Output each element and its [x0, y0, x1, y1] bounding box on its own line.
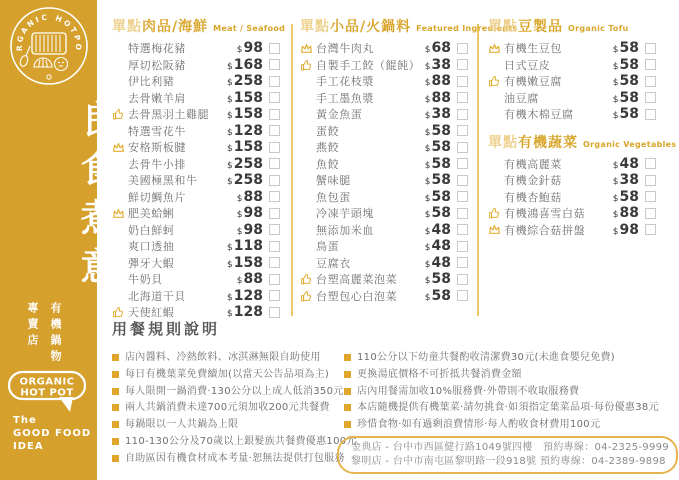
item-name: 魚包蛋	[316, 189, 351, 205]
item-name: 北海道干貝	[128, 288, 186, 304]
menu-item-row: 安格斯板腱$158	[112, 139, 280, 156]
item-price: $58	[425, 189, 451, 205]
menu-item-row: 無添加米血$48	[300, 222, 468, 239]
svg-text:ORGANIC HOTPOT: ORGANIC HOTPOT	[7, 4, 83, 53]
menu-item-row: 厚切松阪豬$168	[112, 57, 280, 74]
currency-symbol: $	[237, 276, 243, 286]
rule-text: 110公分以下幼童共餐酌收清潔費30元(未進食嬰兒免費)	[357, 351, 615, 364]
section-subtitle-en: Meat / Seafood	[213, 24, 285, 33]
price-value: 48	[432, 255, 451, 271]
item-name: 黃金魚蛋	[316, 106, 362, 122]
item-name: 日式豆皮	[504, 57, 550, 73]
item-price: $88	[237, 271, 263, 287]
rule-item: 店內用餐需加收10%服務費·外帶則不收取服務費	[344, 385, 674, 398]
price-value: 88	[432, 73, 451, 89]
item-checkbox[interactable]	[269, 241, 280, 252]
item-price: $88	[425, 73, 451, 89]
rules-list-left: 店內醬料、冷熱飲料、冰淇淋無限自助使用每日有機葉菜免費續加(以當天公告品項為主)…	[112, 351, 344, 469]
menu-item-row: 鮮切鯛魚片$88	[112, 189, 280, 206]
crown-icon	[488, 224, 504, 235]
bullet-square-icon	[112, 388, 119, 395]
item-name: 奶白鮮蚵	[128, 222, 174, 238]
item-checkbox[interactable]	[645, 59, 656, 70]
section-header: 單點豆製品Organic Tofu	[488, 16, 656, 35]
menu-item-row: 有機生豆包$58	[488, 40, 656, 57]
currency-symbol: $	[227, 161, 233, 171]
rule-item: 店內醬料、冷熱飲料、冰淇淋無限自助使用	[112, 351, 344, 364]
menu-item-row: 去骨牛小排$258	[112, 156, 280, 173]
currency-symbol: $	[237, 210, 243, 220]
currency-symbol: $	[425, 210, 431, 220]
price-value: 68	[432, 40, 451, 56]
price-value: 58	[620, 40, 639, 56]
menu-item-row: 黃金魚蛋$38	[300, 106, 468, 123]
bullet-square-icon	[112, 371, 119, 378]
currency-symbol: $	[425, 276, 431, 286]
item-price: $158	[227, 90, 263, 106]
rule-text: 店內用餐需加收10%服務費·外帶則不收取服務費	[357, 385, 579, 398]
rule-text: 自助區因有機食材成本考量·恕無法提供打包服務	[125, 452, 345, 465]
item-price: $58	[425, 205, 451, 221]
badge-line1: ORGANIC	[19, 377, 74, 388]
item-name: 台灣牛肉丸	[316, 40, 374, 56]
menu-item-row: 有機嫩豆腐$58	[488, 73, 656, 90]
price-value: 38	[620, 172, 639, 188]
rule-item: 每鍋限以一人共鍋為上限	[112, 418, 344, 431]
item-price: $158	[227, 255, 263, 271]
rule-text: 本店隨機提供有機葉菜·請勿挑食·如須指定葉菜品項·每份優惠38元	[357, 401, 659, 414]
item-price: $58	[613, 189, 639, 205]
menu-item-row: 特選雪花牛$128	[112, 123, 280, 140]
item-price: $58	[613, 57, 639, 73]
bullet-square-icon	[344, 388, 351, 395]
rule-text: 更換湯底價格不可折抵共餐消費金額	[357, 368, 522, 381]
menu-column-hotpot-ingredients: 單點小品/火鍋料Featured Ingredients台灣牛肉丸$68自製手工…	[300, 16, 468, 304]
rule-text: 110-130公分及70歲以上銀髮族共餐費優惠100元	[125, 435, 357, 448]
crown-icon	[112, 142, 128, 153]
item-checkbox[interactable]	[457, 109, 468, 120]
menu-item-row: 台塑高麗菜泡菜$58	[300, 271, 468, 288]
currency-symbol: $	[227, 144, 233, 154]
rule-item: 110-130公分及70歲以上銀髮族共餐費優惠100元	[112, 435, 344, 448]
thumbs-up-icon	[300, 290, 316, 302]
currency-symbol: $	[425, 260, 431, 270]
rule-item: 本店隨機提供有機葉菜·請勿挑食·如須指定葉菜品項·每份優惠38元	[344, 401, 674, 414]
item-price: $48	[425, 238, 451, 254]
menu-item-row: 蟹味腿$58	[300, 172, 468, 189]
menu-item-row: 美國極黑和牛$258	[112, 172, 280, 189]
currency-symbol: $	[613, 111, 619, 121]
item-price: $48	[613, 156, 639, 172]
item-checkbox[interactable]	[457, 241, 468, 252]
item-checkbox[interactable]	[269, 125, 280, 136]
column-divider	[477, 24, 479, 316]
section-header: 單點小品/火鍋料Featured Ingredients	[300, 16, 468, 35]
rule-text: 每鍋限以一人共鍋為上限	[125, 418, 238, 431]
item-checkbox[interactable]	[269, 257, 280, 268]
currency-symbol: $	[613, 62, 619, 72]
item-price: $118	[227, 238, 263, 254]
item-price: $258	[227, 156, 263, 172]
section-prefix: 單點	[488, 132, 518, 152]
currency-symbol: $	[237, 227, 243, 237]
item-price: $58	[425, 172, 451, 188]
menu-item-row: 肥美蛤蜊$98	[112, 205, 280, 222]
menu-page: ORGANIC HOTPOT 良食煮意 有機鍋物 專賣店 OR	[0, 0, 679, 480]
menu-column-meat-seafood: 單點肉品/海鮮Meat / Seafood特選梅花豬$98厚切松阪豬$168伊比…	[112, 16, 280, 321]
price-value: 98	[244, 205, 263, 221]
item-name: 有機綜合菇拼盤	[504, 222, 585, 238]
menu-item-row: 去骨嫩羊肩$158	[112, 90, 280, 107]
bullet-square-icon	[112, 421, 119, 428]
price-value: 58	[432, 189, 451, 205]
bullet-square-icon	[344, 354, 351, 361]
currency-symbol: $	[613, 78, 619, 88]
rule-item: 更換湯底價格不可折抵共餐消費金額	[344, 368, 674, 381]
item-price: $168	[227, 57, 263, 73]
currency-symbol: $	[613, 227, 619, 237]
item-checkbox[interactable]	[269, 175, 280, 186]
price-value: 168	[234, 57, 263, 73]
item-name: 肥美蛤蜊	[128, 205, 174, 221]
item-name: 特選梅花豬	[128, 40, 186, 56]
rule-item: 兩人共鍋消費未達700元須加收200元共餐費	[112, 401, 344, 414]
item-name: 去骨牛小排	[128, 156, 186, 172]
menu-item-row: 魚餃$58	[300, 156, 468, 173]
item-checkbox[interactable]	[457, 224, 468, 235]
rule-text: 店內醬料、冷熱飲料、冰淇淋無限自助使用	[125, 351, 321, 364]
brand-vertical-title: 良食煮意	[26, 90, 123, 305]
rules-heading: 用餐規則說明	[112, 318, 674, 339]
item-name: 燕餃	[316, 139, 339, 155]
menu-item-row: 有機木棉豆腐$58	[488, 106, 656, 123]
badge-line2: HOT POT	[20, 388, 73, 399]
item-name: 台塑包心白泡菜	[316, 288, 397, 304]
item-checkbox[interactable]	[645, 191, 656, 202]
currency-symbol: $	[425, 243, 431, 253]
price-value: 128	[234, 123, 263, 139]
price-value: 58	[432, 123, 451, 139]
currency-symbol: $	[227, 177, 233, 187]
menu-item-row: 有機鴻喜雪白菇$88	[488, 205, 656, 222]
item-checkbox[interactable]	[645, 175, 656, 186]
currency-symbol: $	[613, 177, 619, 187]
item-checkbox[interactable]	[457, 92, 468, 103]
currency-symbol: $	[425, 78, 431, 88]
item-name: 有機木棉豆腐	[504, 106, 574, 122]
currency-symbol: $	[227, 95, 233, 105]
price-value: 158	[234, 255, 263, 271]
item-price: $68	[425, 40, 451, 56]
item-name: 魚餃	[316, 156, 339, 172]
menu-item-row: 台灣牛肉丸$68	[300, 40, 468, 57]
item-name: 去骨嫩羊肩	[128, 90, 186, 106]
currency-symbol: $	[425, 144, 431, 154]
menu-item-row: 彈牙大蝦$158	[112, 255, 280, 272]
item-price: $88	[237, 189, 263, 205]
bullet-square-icon	[112, 438, 119, 445]
item-name: 特選雪花牛	[128, 123, 186, 139]
crown-icon	[112, 208, 128, 219]
item-name: 鮮切鯛魚片	[128, 189, 186, 205]
item-checkbox[interactable]	[269, 191, 280, 202]
item-price: $58	[425, 288, 451, 304]
section-header: 單點有機蔬菜Organic Vegetables	[488, 132, 656, 151]
menu-item-row: 冷凍芋頭塊$58	[300, 205, 468, 222]
tagline-line1: The	[13, 414, 91, 427]
item-checkbox[interactable]	[457, 59, 468, 70]
item-checkbox[interactable]	[645, 208, 656, 219]
item-checkbox[interactable]	[457, 257, 468, 268]
item-checkbox[interactable]	[457, 191, 468, 202]
item-checkbox[interactable]	[457, 158, 468, 169]
store-info-box: 金典店 - 台中市西區健行路1049號四樓 預約專線：04-2325-9999黎…	[337, 436, 678, 474]
item-name: 有機杏鮑菇	[504, 189, 562, 205]
currency-symbol: $	[425, 227, 431, 237]
item-checkbox[interactable]	[645, 109, 656, 120]
hotpot-emblem-icon: ORGANIC HOTPOT	[7, 4, 91, 88]
section-prefix: 單點	[300, 16, 330, 36]
item-checkbox[interactable]	[645, 158, 656, 169]
section-title: 小品/火鍋料	[330, 16, 411, 36]
price-value: 258	[234, 156, 263, 172]
price-value: 58	[432, 172, 451, 188]
item-checkbox[interactable]	[269, 43, 280, 54]
item-checkbox[interactable]	[269, 142, 280, 153]
menu-item-row: 鳥蛋$48	[300, 238, 468, 255]
item-name: 台塑高麗菜泡菜	[316, 271, 397, 287]
currency-symbol: $	[237, 45, 243, 55]
currency-symbol: $	[227, 243, 233, 253]
currency-symbol: $	[425, 95, 431, 105]
item-price: $98	[613, 222, 639, 238]
item-checkbox[interactable]	[269, 76, 280, 87]
rule-item: 珍惜食物·如有過剩浪費情形·每人酌收食材費用100元	[344, 418, 674, 431]
item-price: $58	[425, 139, 451, 155]
item-price: $88	[613, 205, 639, 221]
item-price: $98	[237, 222, 263, 238]
item-price: $58	[613, 40, 639, 56]
item-checkbox[interactable]	[269, 109, 280, 120]
crown-icon	[488, 43, 504, 54]
item-name: 自製手工餃（餛飩）	[316, 57, 420, 73]
item-price: $48	[425, 222, 451, 238]
item-name: 有機嫩豆腐	[504, 73, 562, 89]
price-value: 58	[432, 288, 451, 304]
menu-item-row: 有機金針菇$38	[488, 172, 656, 189]
item-name: 厚切松阪豬	[128, 57, 186, 73]
item-price: $38	[425, 57, 451, 73]
item-checkbox[interactable]	[457, 290, 468, 301]
menu-item-row: 有機杏鮑菇$58	[488, 189, 656, 206]
brand-tagline: The GOOD FOOD IDEA	[13, 414, 91, 453]
currency-symbol: $	[227, 78, 233, 88]
brand-vertical-subtitle: 有機鍋物 專賣店	[24, 302, 63, 374]
item-checkbox[interactable]	[269, 307, 280, 318]
item-name: 牛奶貝	[128, 271, 163, 287]
item-price: $158	[227, 106, 263, 122]
rule-item: 110公分以下幼童共餐酌收清潔費30元(未進食嬰兒免費)	[344, 351, 674, 364]
section-title: 肉品/海鮮	[142, 16, 208, 36]
price-value: 58	[432, 139, 451, 155]
menu-item-row: 手工花枝漿$88	[300, 73, 468, 90]
menu-item-row: 魚包蛋$58	[300, 189, 468, 206]
menu-item-row: 奶白鮮蚵$98	[112, 222, 280, 239]
bullet-square-icon	[112, 404, 119, 411]
item-name: 安格斯板腱	[128, 139, 186, 155]
rule-item: 每人限開一鍋消費·130公分以上成人低消350元	[112, 385, 344, 398]
price-value: 118	[234, 238, 263, 254]
price-value: 128	[234, 288, 263, 304]
currency-symbol: $	[613, 161, 619, 171]
item-name: 有機高麗菜	[504, 156, 562, 172]
item-checkbox[interactable]	[457, 142, 468, 153]
currency-symbol: $	[227, 62, 233, 72]
currency-symbol: $	[425, 62, 431, 72]
price-value: 88	[620, 205, 639, 221]
item-name: 豆腐衣	[316, 255, 351, 271]
tagline-line3: IDEA	[13, 440, 91, 453]
item-price: $38	[613, 172, 639, 188]
item-price: $258	[227, 172, 263, 188]
item-checkbox[interactable]	[269, 92, 280, 103]
item-checkbox[interactable]	[269, 208, 280, 219]
item-name: 手工墨魚漿	[316, 90, 374, 106]
price-value: 158	[234, 106, 263, 122]
price-value: 48	[432, 222, 451, 238]
item-name: 無添加米血	[316, 222, 374, 238]
price-value: 158	[234, 90, 263, 106]
item-checkbox[interactable]	[269, 274, 280, 285]
menu-item-row: 蛋餃$58	[300, 123, 468, 140]
item-name: 有機鴻喜雪白菇	[504, 205, 585, 221]
item-checkbox[interactable]	[645, 224, 656, 235]
column-divider	[291, 24, 293, 316]
item-price: $128	[227, 123, 263, 139]
crown-icon	[300, 43, 316, 54]
item-checkbox[interactable]	[457, 274, 468, 285]
currency-symbol: $	[425, 194, 431, 204]
item-price: $98	[237, 40, 263, 56]
item-checkbox[interactable]	[645, 92, 656, 103]
menu-item-row: 燕餃$58	[300, 139, 468, 156]
item-name: 爽口透抽	[128, 238, 174, 254]
price-value: 48	[620, 156, 639, 172]
currency-symbol: $	[425, 293, 431, 303]
bullet-square-icon	[344, 371, 351, 378]
bullet-square-icon	[112, 455, 119, 462]
brand-logo: ORGANIC HOTPOT	[7, 4, 91, 88]
item-name: 美國極黑和牛	[128, 172, 198, 188]
item-checkbox[interactable]	[269, 158, 280, 169]
price-value: 158	[234, 139, 263, 155]
item-name: 彈牙大蝦	[128, 255, 174, 271]
currency-symbol: $	[425, 161, 431, 171]
price-value: 98	[620, 222, 639, 238]
item-price: $48	[425, 255, 451, 271]
thumbs-up-icon	[488, 75, 504, 87]
item-price: $58	[425, 271, 451, 287]
bullet-square-icon	[344, 421, 351, 428]
price-value: 38	[432, 106, 451, 122]
item-checkbox[interactable]	[457, 175, 468, 186]
currency-symbol: $	[613, 95, 619, 105]
subtitle-specialty-store: 專賣店	[24, 302, 40, 374]
menu-item-row: 豆腐衣$48	[300, 255, 468, 272]
item-price: $88	[425, 90, 451, 106]
item-price: $128	[227, 288, 263, 304]
price-value: 58	[620, 189, 639, 205]
price-value: 88	[432, 90, 451, 106]
thumbs-up-icon	[488, 207, 504, 219]
currency-symbol: $	[227, 128, 233, 138]
rule-text: 每日有機葉菜免費續加(以當天公告品項為主)	[125, 368, 329, 381]
menu-item-row: 爽口透抽$118	[112, 238, 280, 255]
item-name: 去骨黑羽土雞腿	[128, 106, 209, 122]
currency-symbol: $	[425, 111, 431, 121]
price-value: 48	[432, 238, 451, 254]
store-address-line: 金典店 - 台中市西區健行路1049號四樓 預約專線：04-2325-9999	[351, 441, 664, 455]
price-value: 58	[620, 90, 639, 106]
currency-symbol: $	[227, 260, 233, 270]
item-checkbox[interactable]	[269, 224, 280, 235]
currency-symbol: $	[237, 194, 243, 204]
currency-symbol: $	[613, 210, 619, 220]
section-prefix: 單點	[112, 16, 142, 36]
tagline-line2: GOOD FOOD	[13, 427, 91, 440]
currency-symbol: $	[227, 293, 233, 303]
item-checkbox[interactable]	[645, 43, 656, 54]
menu-item-row: 有機綜合菇拼盤$98	[488, 222, 656, 239]
menu-item-row: 伊比利豬$258	[112, 73, 280, 90]
menu-item-row: 牛奶貝$88	[112, 271, 280, 288]
price-value: 88	[244, 271, 263, 287]
item-price: $58	[613, 73, 639, 89]
logo-arc-text: ORGANIC HOTPOT	[7, 4, 83, 53]
sidebar: ORGANIC HOTPOT 良食煮意 有機鍋物 專賣店 OR	[0, 0, 97, 480]
price-value: 98	[244, 222, 263, 238]
item-name: 蛋餃	[316, 123, 339, 139]
price-value: 98	[244, 40, 263, 56]
item-name: 有機生豆包	[504, 40, 562, 56]
subtitle-organic-hotpot: 有機鍋物	[47, 302, 63, 374]
menu-item-row: 北海道干貝$128	[112, 288, 280, 305]
section-title: 豆製品	[518, 16, 563, 36]
item-checkbox[interactable]	[269, 290, 280, 301]
section-header: 單點肉品/海鮮Meat / Seafood	[112, 16, 280, 35]
rule-item: 自助區因有機食材成本考量·恕無法提供打包服務	[112, 452, 344, 465]
item-checkbox[interactable]	[645, 76, 656, 87]
item-checkbox[interactable]	[457, 208, 468, 219]
section-subtitle-en: Organic Vegetables	[583, 140, 676, 149]
currency-symbol: $	[425, 128, 431, 138]
price-value: 58	[620, 57, 639, 73]
item-name: 有機金針菇	[504, 172, 562, 188]
item-checkbox[interactable]	[457, 125, 468, 136]
price-value: 58	[620, 106, 639, 122]
item-checkbox[interactable]	[269, 59, 280, 70]
item-price: $58	[425, 156, 451, 172]
item-checkbox[interactable]	[457, 43, 468, 54]
thumbs-up-icon	[112, 306, 128, 318]
menu-item-row: 自製手工餃（餛飩）$38	[300, 57, 468, 74]
section-prefix: 單點	[488, 16, 518, 36]
item-price: $58	[425, 123, 451, 139]
price-value: 258	[234, 172, 263, 188]
currency-symbol: $	[613, 45, 619, 55]
item-checkbox[interactable]	[457, 76, 468, 87]
menu-item-row: 手工墨魚漿$88	[300, 90, 468, 107]
